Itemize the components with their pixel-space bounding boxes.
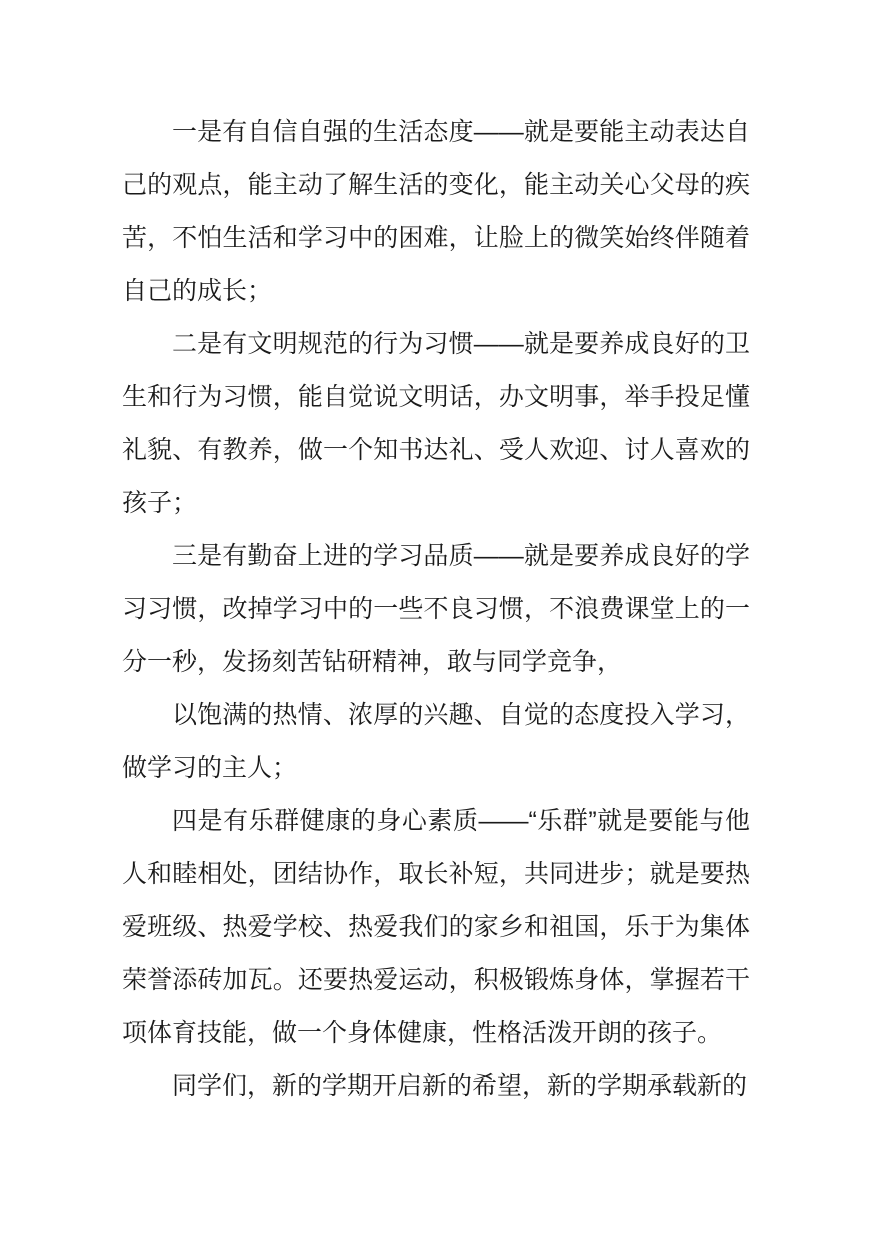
document-body: 一是有自信自强的生活态度——就是要能主动表达自己的观点，能主动了解生活的变化，能… [122, 106, 750, 1113]
paragraph-point-four: 四是有乐群健康的身心素质——“乐群”就是要能与他人和睦相处，团结协作，取长补短，… [122, 795, 750, 1060]
paragraph-point-one: 一是有自信自强的生活态度——就是要能主动表达自己的观点，能主动了解生活的变化，能… [122, 106, 750, 318]
paragraph-closing-truncated: 同学们，新的学期开启新的希望，新的学期承载新的 [122, 1060, 750, 1113]
paragraph-point-three-continued: 以饱满的热情、浓厚的兴趣、自觉的态度投入学习，做学习的主人； [122, 689, 750, 795]
paragraph-point-two: 二是有文明规范的行为习惯——就是要养成良好的卫生和行为习惯，能自觉说文明话，办文… [122, 318, 750, 530]
document-page: 一是有自信自强的生活态度——就是要能主动表达自己的观点，能主动了解生活的变化，能… [0, 0, 884, 1250]
paragraph-point-three: 三是有勤奋上进的学习品质——就是要养成良好的学习习惯，改掉学习中的一些不良习惯，… [122, 530, 750, 689]
